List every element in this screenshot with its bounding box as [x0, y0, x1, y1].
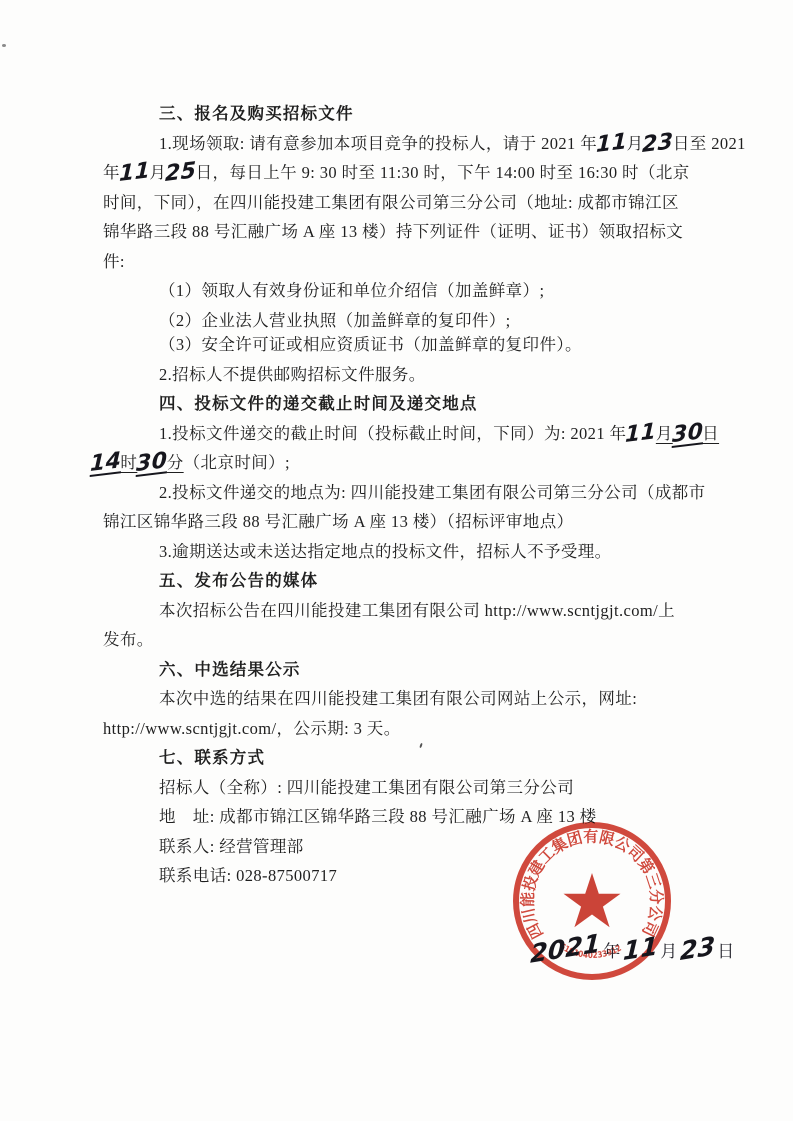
text-segment: 3.逾期送达或未送达指定地点的投标文件，招标人不予受理。: [159, 542, 612, 561]
text-segment: 2.招标人不提供邮购招标文件服务。: [159, 365, 426, 384]
text-segment: 锦华路三段 88 号汇融广场 A 座 13 楼）持下列证件（证明、证书）领取招标…: [103, 222, 683, 241]
text-segment: 发布。: [103, 630, 154, 649]
handwritten-number: 11: [625, 420, 657, 446]
handwritten-number: 14: [90, 450, 122, 476]
text-segment: 六、中选结果公示: [159, 660, 301, 679]
text-line: 本次招标公告在四川能投建工集团有限公司 http://www.scntjgjt.…: [103, 596, 713, 626]
section-heading: 三、报名及购买招标文件: [103, 99, 713, 129]
text-segment: 分: [167, 453, 184, 472]
handwritten-number: 30: [671, 420, 703, 446]
text-segment: 三、报名及购买招标文件: [159, 104, 354, 123]
text-segment: 2.投标文件递交的地点为: 四川能投建工集团有限公司第三分公司（成都市: [159, 483, 706, 502]
text-segment: 联系人: 经营管理部: [159, 837, 304, 856]
text-line: 1.现场领取: 请有意参加本项目竞争的投标人，请于 2021 年11月23日至 …: [103, 129, 713, 159]
text-segment: 日至 2021: [673, 134, 746, 153]
text-line: （1）领取人有效身份证和单位介绍信（加盖鲜章）;: [103, 276, 713, 306]
text-segment: 本次招标公告在四川能投建工集团有限公司 http://www.scntjgjt.…: [159, 601, 675, 620]
section-heading: 七、联系方式: [103, 743, 713, 773]
text-line: http://www.scntjgjt.com/，公示期: 3 天。: [103, 714, 713, 744]
text-segment: 年: [603, 942, 620, 961]
text-line: 件:: [103, 247, 713, 277]
text-line: （3）安全许可证或相应资质证书（加盖鲜章的复印件）。: [103, 330, 713, 360]
handwritten-number: 11: [622, 933, 658, 964]
text-line: 招标人（全称）: 四川能投建工集团有限公司第三分公司: [103, 773, 713, 803]
text-segment: 日: [702, 424, 719, 443]
text-segment: 1.现场领取: 请有意参加本项目竞争的投标人，请于 2021 年: [159, 134, 597, 153]
handwritten-number: 2021: [530, 930, 602, 967]
text-segment: 锦江区锦华路三段 88 号汇融广场 A 座 13 楼）（招标评审地点）: [103, 512, 574, 531]
text-segment: 七、联系方式: [159, 748, 265, 767]
text-line: 3.逾期送达或未送达指定地点的投标文件，招标人不予受理。: [103, 537, 713, 567]
text-line: 14时30分（北京时间）;: [103, 448, 713, 478]
text-line: 2021年11月23日: [528, 936, 735, 968]
text-segment: 时: [120, 453, 137, 472]
text-segment: （2）企业法人营业执照（加盖鲜章的复印件）;: [159, 311, 511, 330]
handwritten-number: 23: [642, 130, 674, 156]
text-segment: 月: [660, 942, 677, 961]
text-line: 锦华路三段 88 号汇融广场 A 座 13 楼）持下列证件（证明、证书）领取招标…: [103, 217, 713, 247]
text-segment: 联系电话: 028-87500717: [159, 866, 337, 885]
text-segment: 月: [656, 424, 673, 443]
text-line: 2.招标人不提供邮购招标文件服务。: [103, 360, 713, 390]
scanned-tender-document-page: { "document": { "lines": [ {"heading": t…: [0, 0, 793, 1121]
text-segment: （北京时间）;: [184, 453, 290, 472]
section-heading: 六、中选结果公示: [103, 655, 713, 685]
text-segment: 1.投标文件递交的截止时间（投标截止时间，下同）为: 2021 年: [159, 424, 626, 443]
document-body-text: 三、报名及购买招标文件1.现场领取: 请有意参加本项目竞争的投标人，请于 202…: [103, 99, 713, 891]
text-segment: 招标人（全称）: 四川能投建工集团有限公司第三分公司: [159, 778, 574, 797]
text-segment: 日: [717, 942, 734, 961]
text-segment: （1）领取人有效身份证和单位介绍信（加盖鲜章）;: [159, 281, 544, 300]
handwritten-number: 11: [119, 160, 151, 186]
handwritten-number: 30: [136, 450, 168, 476]
text-segment: 四、投标文件的递交截止时间及递交地点: [159, 394, 478, 413]
text-line: 2.投标文件递交的地点为: 四川能投建工集团有限公司第三分公司（成都市: [103, 478, 713, 508]
handwritten-number: 23: [679, 933, 715, 964]
text-line: 年11月25日，每日上午 9: 30 时至 11:30 时，下午 14:00 时…: [103, 158, 713, 188]
text-segment: 月: [149, 163, 166, 182]
text-segment: 本次中选的结果在四川能投建工集团有限公司网站上公示，网址:: [159, 689, 637, 708]
handwritten-date: 2021年11月23日: [528, 936, 735, 968]
text-segment: 年: [103, 163, 120, 182]
text-line: 锦江区锦华路三段 88 号汇融广场 A 座 13 楼）（招标评审地点）: [103, 507, 713, 537]
text-segment: 日，每日上午 9: 30 时至 11:30 时，下午 14:00 时至 16:3…: [196, 163, 690, 182]
text-segment: 件:: [103, 252, 125, 271]
text-segment: 五、发布公告的媒体: [159, 571, 318, 590]
text-line: 1.投标文件递交的截止时间（投标截止时间，下同）为: 2021 年11月30日: [103, 419, 713, 449]
text-segment: 时间，下同），在四川能投建工集团有限公司第三分公司（地址: 成都市锦江区: [103, 193, 679, 212]
text-line: 本次中选的结果在四川能投建工集团有限公司网站上公示，网址:: [103, 684, 713, 714]
seal-star-icon: [564, 873, 621, 927]
text-segment: http://www.scntjgjt.com/，公示期: 3 天。: [103, 719, 401, 738]
text-segment: （3）安全许可证或相应资质证书（加盖鲜章的复印件）。: [159, 335, 582, 354]
handwritten-number: 11: [596, 130, 628, 156]
section-heading: 四、投标文件的递交截止时间及递交地点: [103, 389, 713, 419]
text-line: 发布。: [103, 625, 713, 655]
section-heading: 五、发布公告的媒体: [103, 566, 713, 596]
scan-speckle: [2, 44, 6, 47]
text-segment: 月: [627, 134, 644, 153]
handwritten-number: 25: [165, 160, 197, 186]
text-line: 时间，下同），在四川能投建工集团有限公司第三分公司（地址: 成都市锦江区: [103, 188, 713, 218]
